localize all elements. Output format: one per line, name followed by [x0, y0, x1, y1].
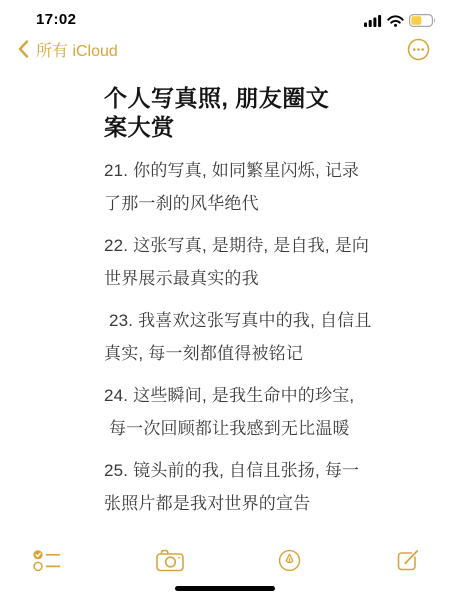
status-bar: 17:02 [0, 0, 450, 30]
home-indicator[interactable] [175, 586, 275, 591]
note-line: 21. 你的写真, 如同繁星闪烁, 记录 [104, 161, 359, 180]
cellular-signal-icon [364, 15, 382, 27]
ellipsis-circle-icon [407, 38, 430, 61]
note-line: 25. 镜头前的我, 自信且张扬, 每一 [104, 461, 359, 480]
note-item-23: 23. 我喜欢这张写真中的我, 自信且 真实, 每一刻都值得被铭记 [104, 304, 414, 370]
markup-button[interactable] [278, 549, 301, 572]
note-item-25: 25. 镜头前的我, 自信且张扬, 每一 张照片都是我对世界的宣告 [104, 454, 414, 520]
camera-icon [156, 549, 184, 572]
nav-bar: 所有 iCloud [0, 30, 450, 68]
notes-app-screen: 17:02 所有 iClou [0, 0, 450, 600]
back-button[interactable]: 所有 iCloud [18, 38, 118, 61]
back-button-label: 所有 iCloud [36, 38, 118, 61]
note-title-line: 案大赏 [104, 113, 414, 142]
home-area [0, 576, 450, 600]
note-line: 了那一刹的风华绝代 [104, 194, 259, 213]
wifi-icon [387, 15, 404, 27]
note-line: 每一次回顾都让我感到无比温暖 [104, 419, 350, 438]
note-item-21: 21. 你的写真, 如同繁星闪烁, 记录 了那一刹的风华绝代 [104, 154, 414, 220]
note-item-24: 24. 这些瞬间, 是我生命中的珍宝, 每一次回顾都让我感到无比温暖 [104, 379, 414, 445]
note-line: 真实, 每一刻都值得被铭记 [104, 344, 303, 363]
note-line: 22. 这张写真, 是期待, 是自我, 是向 [104, 236, 369, 255]
bottom-toolbar [0, 528, 450, 576]
note-line: 世界展示最真实的我 [104, 269, 259, 288]
checklist-icon [32, 548, 61, 573]
checklist-button[interactable] [32, 548, 61, 573]
note-line: 24. 这些瞬间, 是我生命中的珍宝, [104, 386, 354, 405]
note-title: 个人写真照, 朋友圈文 案大赏 [104, 84, 414, 142]
more-button[interactable] [407, 38, 430, 61]
status-time: 17:02 [36, 11, 76, 28]
markup-icon [278, 549, 301, 572]
note-line: 张照片都是我对世界的宣告 [104, 494, 310, 513]
note-title-line: 个人写真照, 朋友圈文 [104, 84, 414, 113]
battery-icon [409, 14, 436, 27]
note-line: 23. 我喜欢这张写真中的我, 自信且 [104, 311, 372, 330]
camera-button[interactable] [156, 549, 184, 572]
compose-button[interactable] [396, 548, 420, 572]
note-item-22: 22. 这张写真, 是期待, 是自我, 是向 世界展示最真实的我 [104, 229, 414, 295]
status-icons [364, 14, 436, 28]
note-content[interactable]: 个人写真照, 朋友圈文 案大赏 21. 你的写真, 如同繁星闪烁, 记录 了那一… [0, 68, 450, 528]
chevron-left-icon [18, 40, 29, 58]
compose-icon [396, 548, 420, 572]
